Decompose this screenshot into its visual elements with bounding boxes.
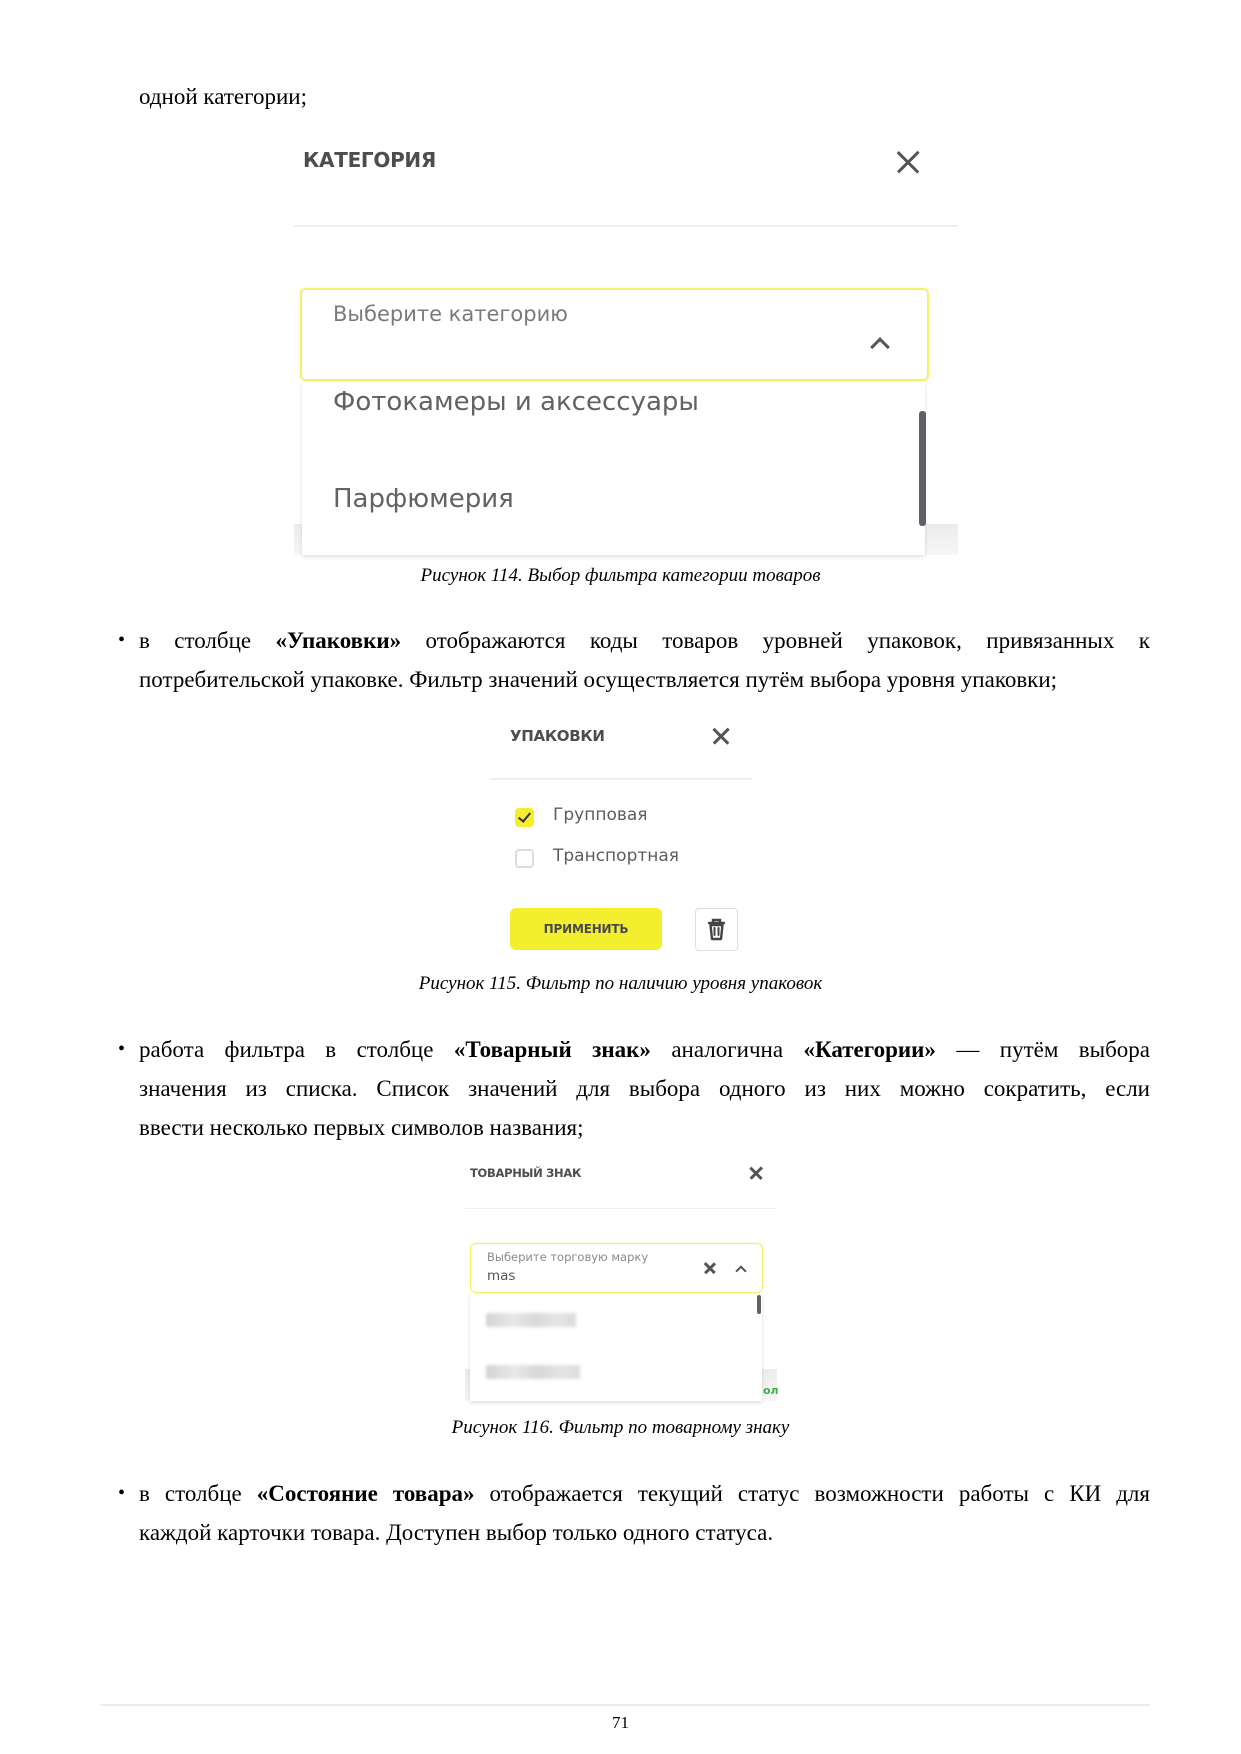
checkbox-transport-packaging[interactable] (515, 849, 534, 868)
dropdown-option[interactable]: Парфюмерия (333, 484, 514, 514)
blurred-option[interactable] (486, 1365, 580, 1379)
bold-term: «Упаковки» (276, 628, 402, 653)
header-divider (490, 778, 752, 780)
intro-text: одной категории; (139, 77, 1150, 116)
trademark-filter-header: ТОВАРНЫЙ ЗНАК (470, 1166, 581, 1180)
category-filter-header: КАТЕГОРИЯ (303, 148, 436, 172)
dropdown-option[interactable]: Фотокамеры и аксессуары (333, 387, 699, 417)
checkbox-label: Групповая (553, 805, 648, 825)
trademark-search-input[interactable]: mas (487, 1268, 515, 1284)
blurred-option[interactable] (486, 1313, 576, 1327)
close-icon[interactable] (897, 151, 919, 173)
select-placeholder: Выберите категорию (333, 302, 568, 326)
input-label: Выберите торговую марку (487, 1250, 648, 1264)
checkbox-group-packaging[interactable] (515, 808, 534, 827)
clear-icon[interactable] (704, 1262, 715, 1273)
close-icon[interactable] (750, 1167, 762, 1179)
chevron-up-icon[interactable] (870, 337, 890, 357)
trash-icon (696, 909, 737, 950)
bold-term: «Категории» (803, 1037, 935, 1062)
bold-term: «Товарный знак» (454, 1037, 651, 1062)
page-number: 71 (0, 1713, 1241, 1733)
trademark-select[interactable]: Выберите торговую марку mas (470, 1243, 763, 1293)
figure-115-caption: Рисунок 115. Фильтр по наличию уровня уп… (0, 973, 1241, 995)
partial-green-text: ол (763, 1384, 779, 1397)
apply-button[interactable]: ПРИМЕНИТЬ (510, 908, 662, 950)
scrollbar-thumb[interactable] (919, 411, 926, 526)
bold-term: «Состояние товара» (257, 1481, 475, 1506)
figure-114-caption: Рисунок 114. Выбор фильтра категории тов… (0, 565, 1241, 587)
delete-button[interactable] (695, 908, 738, 951)
chevron-up-icon[interactable] (735, 1265, 746, 1276)
close-icon[interactable] (713, 728, 729, 744)
packaging-filter-header: УПАКОВКИ (510, 727, 605, 745)
category-select[interactable]: Выберите категорию (300, 288, 929, 381)
category-dropdown-list: Фотокамеры и аксессуары Парфюмерия (302, 381, 925, 555)
trademark-dropdown-list (470, 1293, 762, 1401)
figure-116-caption: Рисунок 116. Фильтр по товарному знаку (0, 1417, 1241, 1439)
checkbox-label: Транспортная (553, 846, 679, 866)
bullet-product-state: в столбце «Состояние товара» отображаетс… (139, 1474, 1150, 1552)
scrollbar-thumb[interactable] (757, 1295, 761, 1314)
header-divider (294, 225, 958, 227)
header-divider (465, 1208, 777, 1209)
intro-line: одной категории; (139, 77, 1150, 116)
footer-divider (100, 1704, 1150, 1706)
bullet-packaging: в столбце «Упаковки» отображаются коды т… (139, 621, 1150, 699)
bullet-trademark: работа фильтра в столбце «Товарный знак»… (139, 1030, 1150, 1147)
